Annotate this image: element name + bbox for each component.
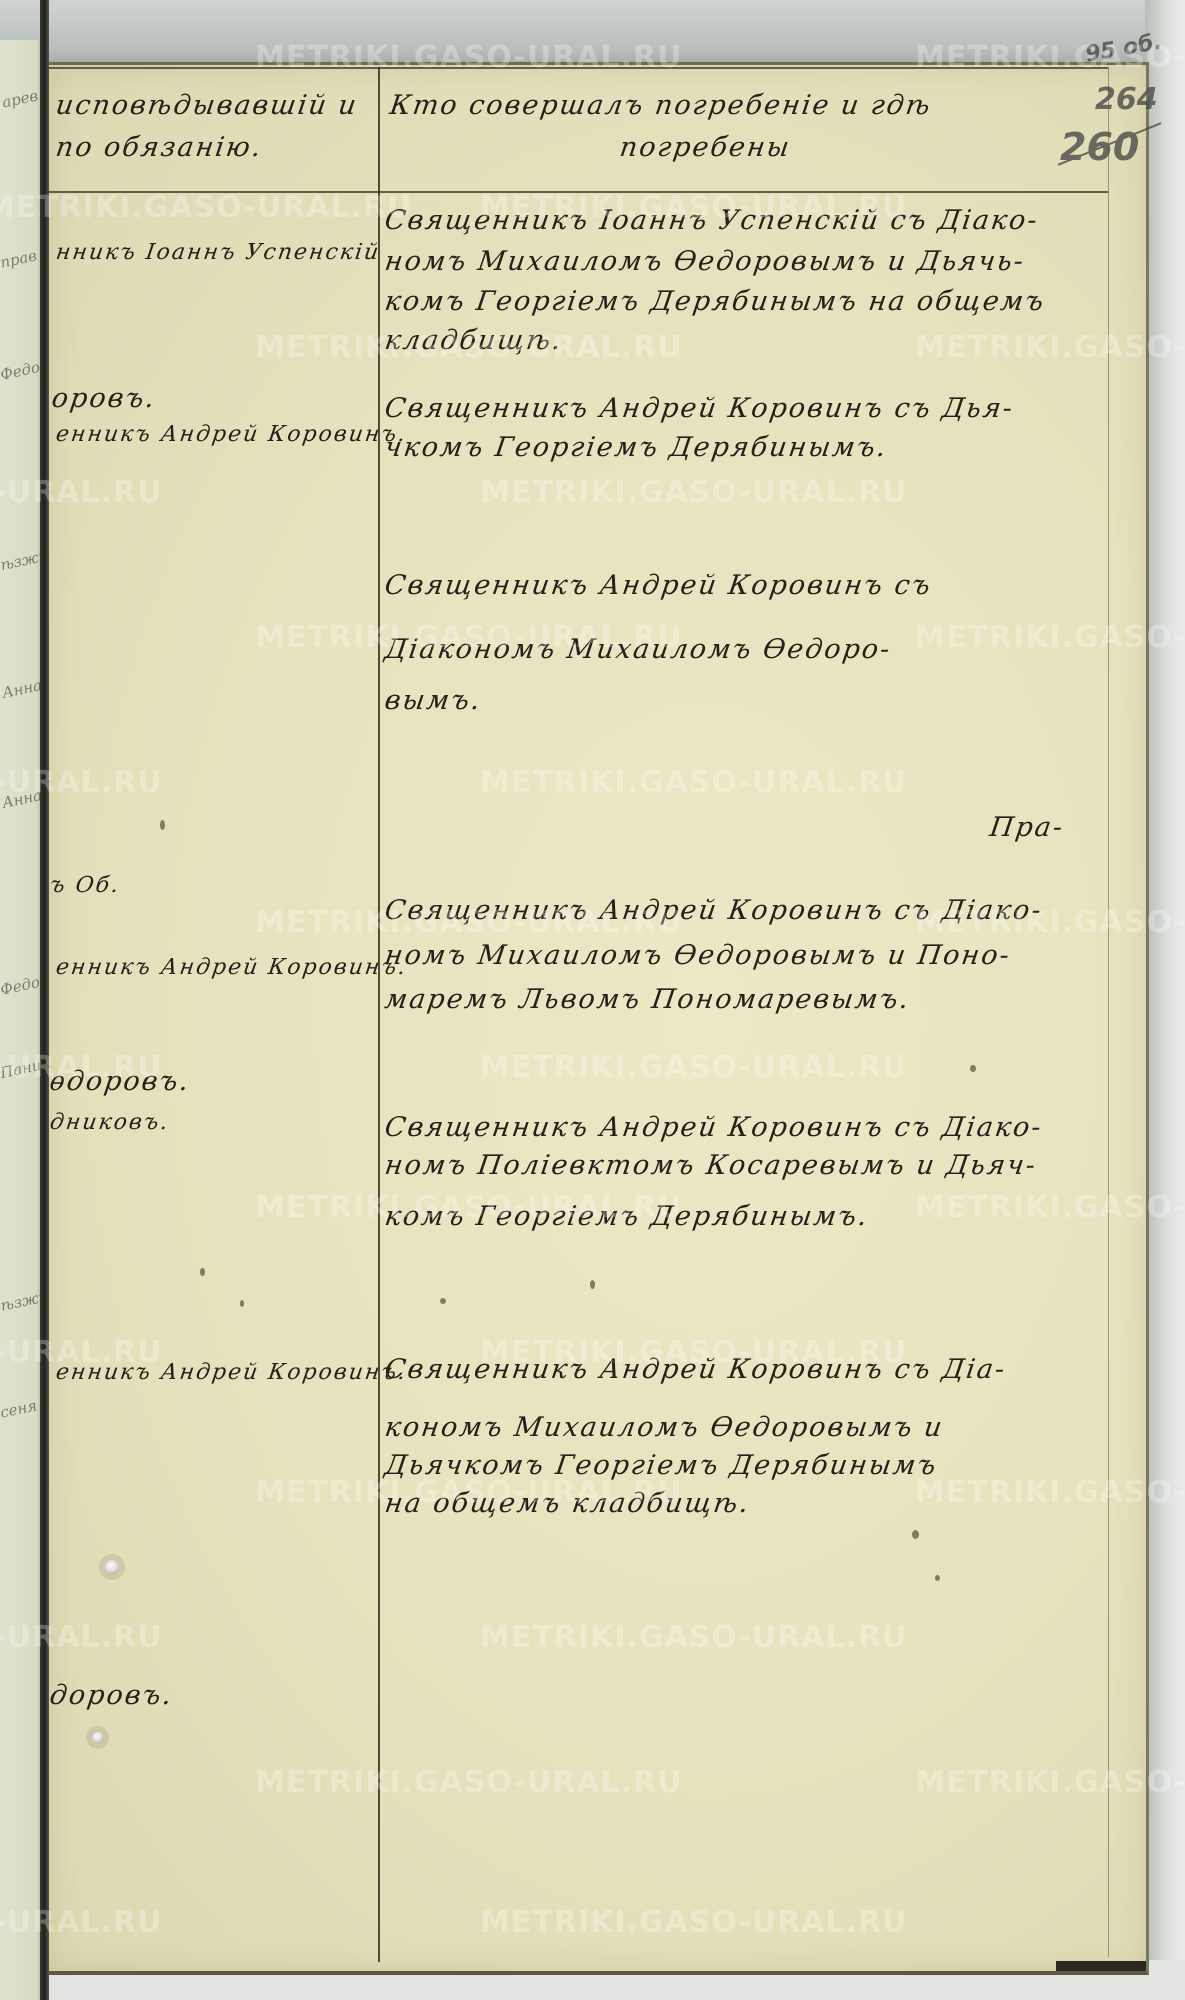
entry-left-line: нникъ Іоаннъ Успенскій [54,240,382,265]
entry-right-line: комъ Георгіемъ Дерябинымъ на общемъ [383,286,1048,317]
entry-left-line: ѳдоровъ. [48,1066,192,1097]
entry-left-line: ъ Об. [48,873,122,898]
entry-left-line: оровъ. [50,383,158,414]
ink-spot [440,1298,446,1304]
entry-left-line: енникъ Андрей Коровинъ. [54,422,409,447]
entry-right-line: номъ Михаиломъ Ѳедоровымъ и Дьячь- [383,246,1027,277]
pin-hole [92,1732,103,1743]
ink-spot [970,1065,976,1072]
entry-right-line: Священникъ Андрей Коровинъ съ Дья- [383,393,1016,424]
header-left-line: исповѣдывавшій и [54,90,360,121]
ink-spot [200,1268,205,1276]
entry-note: Пра- [988,812,1066,843]
entry-left-line: дниковъ. [48,1110,171,1135]
entry-right-line: чкомъ Георгіемъ Дерябинымъ. [383,432,890,463]
entry-left-line: енникъ Андрей Коровинъ. [54,1360,409,1385]
entry-right-line: вымъ. [383,685,484,716]
entry-right-line: кладбищѣ. [383,325,565,356]
column-divider [378,67,380,1962]
entry-left-line: доровъ. [48,1680,176,1711]
ink-spot [590,1280,595,1289]
entry-left-line: енникъ Андрей Коровинъ. [54,955,409,980]
page-corner-shadow [1056,1961,1146,1971]
header-right-line: погребены [618,132,793,163]
header-bottom-rule [48,191,1108,193]
entry-right-line: кономъ Михаиломъ Ѳедоровымъ и [383,1412,946,1443]
entry-right-line: Священникъ Андрей Коровинъ съ Діа- [383,1354,1009,1385]
entry-right-line: маремъ Львомъ Пономаревымъ. [383,984,912,1015]
entry-right-line: Священникъ Андрей Коровинъ съ [383,570,934,601]
ink-spot [912,1530,919,1539]
entry-right-line: на общемъ кладбищѣ. [383,1488,752,1519]
scanner-background-right [1145,0,1185,2000]
ink-spot [935,1575,940,1581]
entry-right-line: номъ Михаиломъ Ѳедоровымъ и Поно- [383,940,1013,971]
entry-right-line: комъ Георгіемъ Дерябинымъ. [383,1201,871,1232]
entry-right-line: Священникъ Андрей Коровинъ съ Діако- [383,1112,1045,1143]
register-page [48,62,1149,1975]
scanner-background-top [0,0,1185,70]
entry-right-line: Священникъ Андрей Коровинъ съ Діако- [383,895,1045,926]
entry-right-line: Священникъ Іоаннъ Успенскій съ Діако- [383,205,1041,236]
right-margin-rule [1108,67,1109,1957]
entry-right-line: Діакономъ Михаиломъ Ѳедоро- [383,634,894,665]
pin-hole [105,1560,119,1574]
header-left-line: по обязанію. [54,132,265,163]
entry-right-line: Дьячкомъ Георгіемъ Дерябинымъ [383,1450,940,1481]
ink-spot [240,1300,244,1307]
header-right-line: Кто совершалъ погребеніе и гдѣ [388,90,934,121]
entry-right-line: номъ Поліевктомъ Косаревымъ и Дьяч- [383,1150,1039,1181]
book-spine [40,0,49,2000]
page-number: 264 [1095,82,1158,117]
page-number-struck: 260 [1060,125,1139,169]
header-top-rule [48,67,1108,69]
ink-spot [160,820,165,830]
